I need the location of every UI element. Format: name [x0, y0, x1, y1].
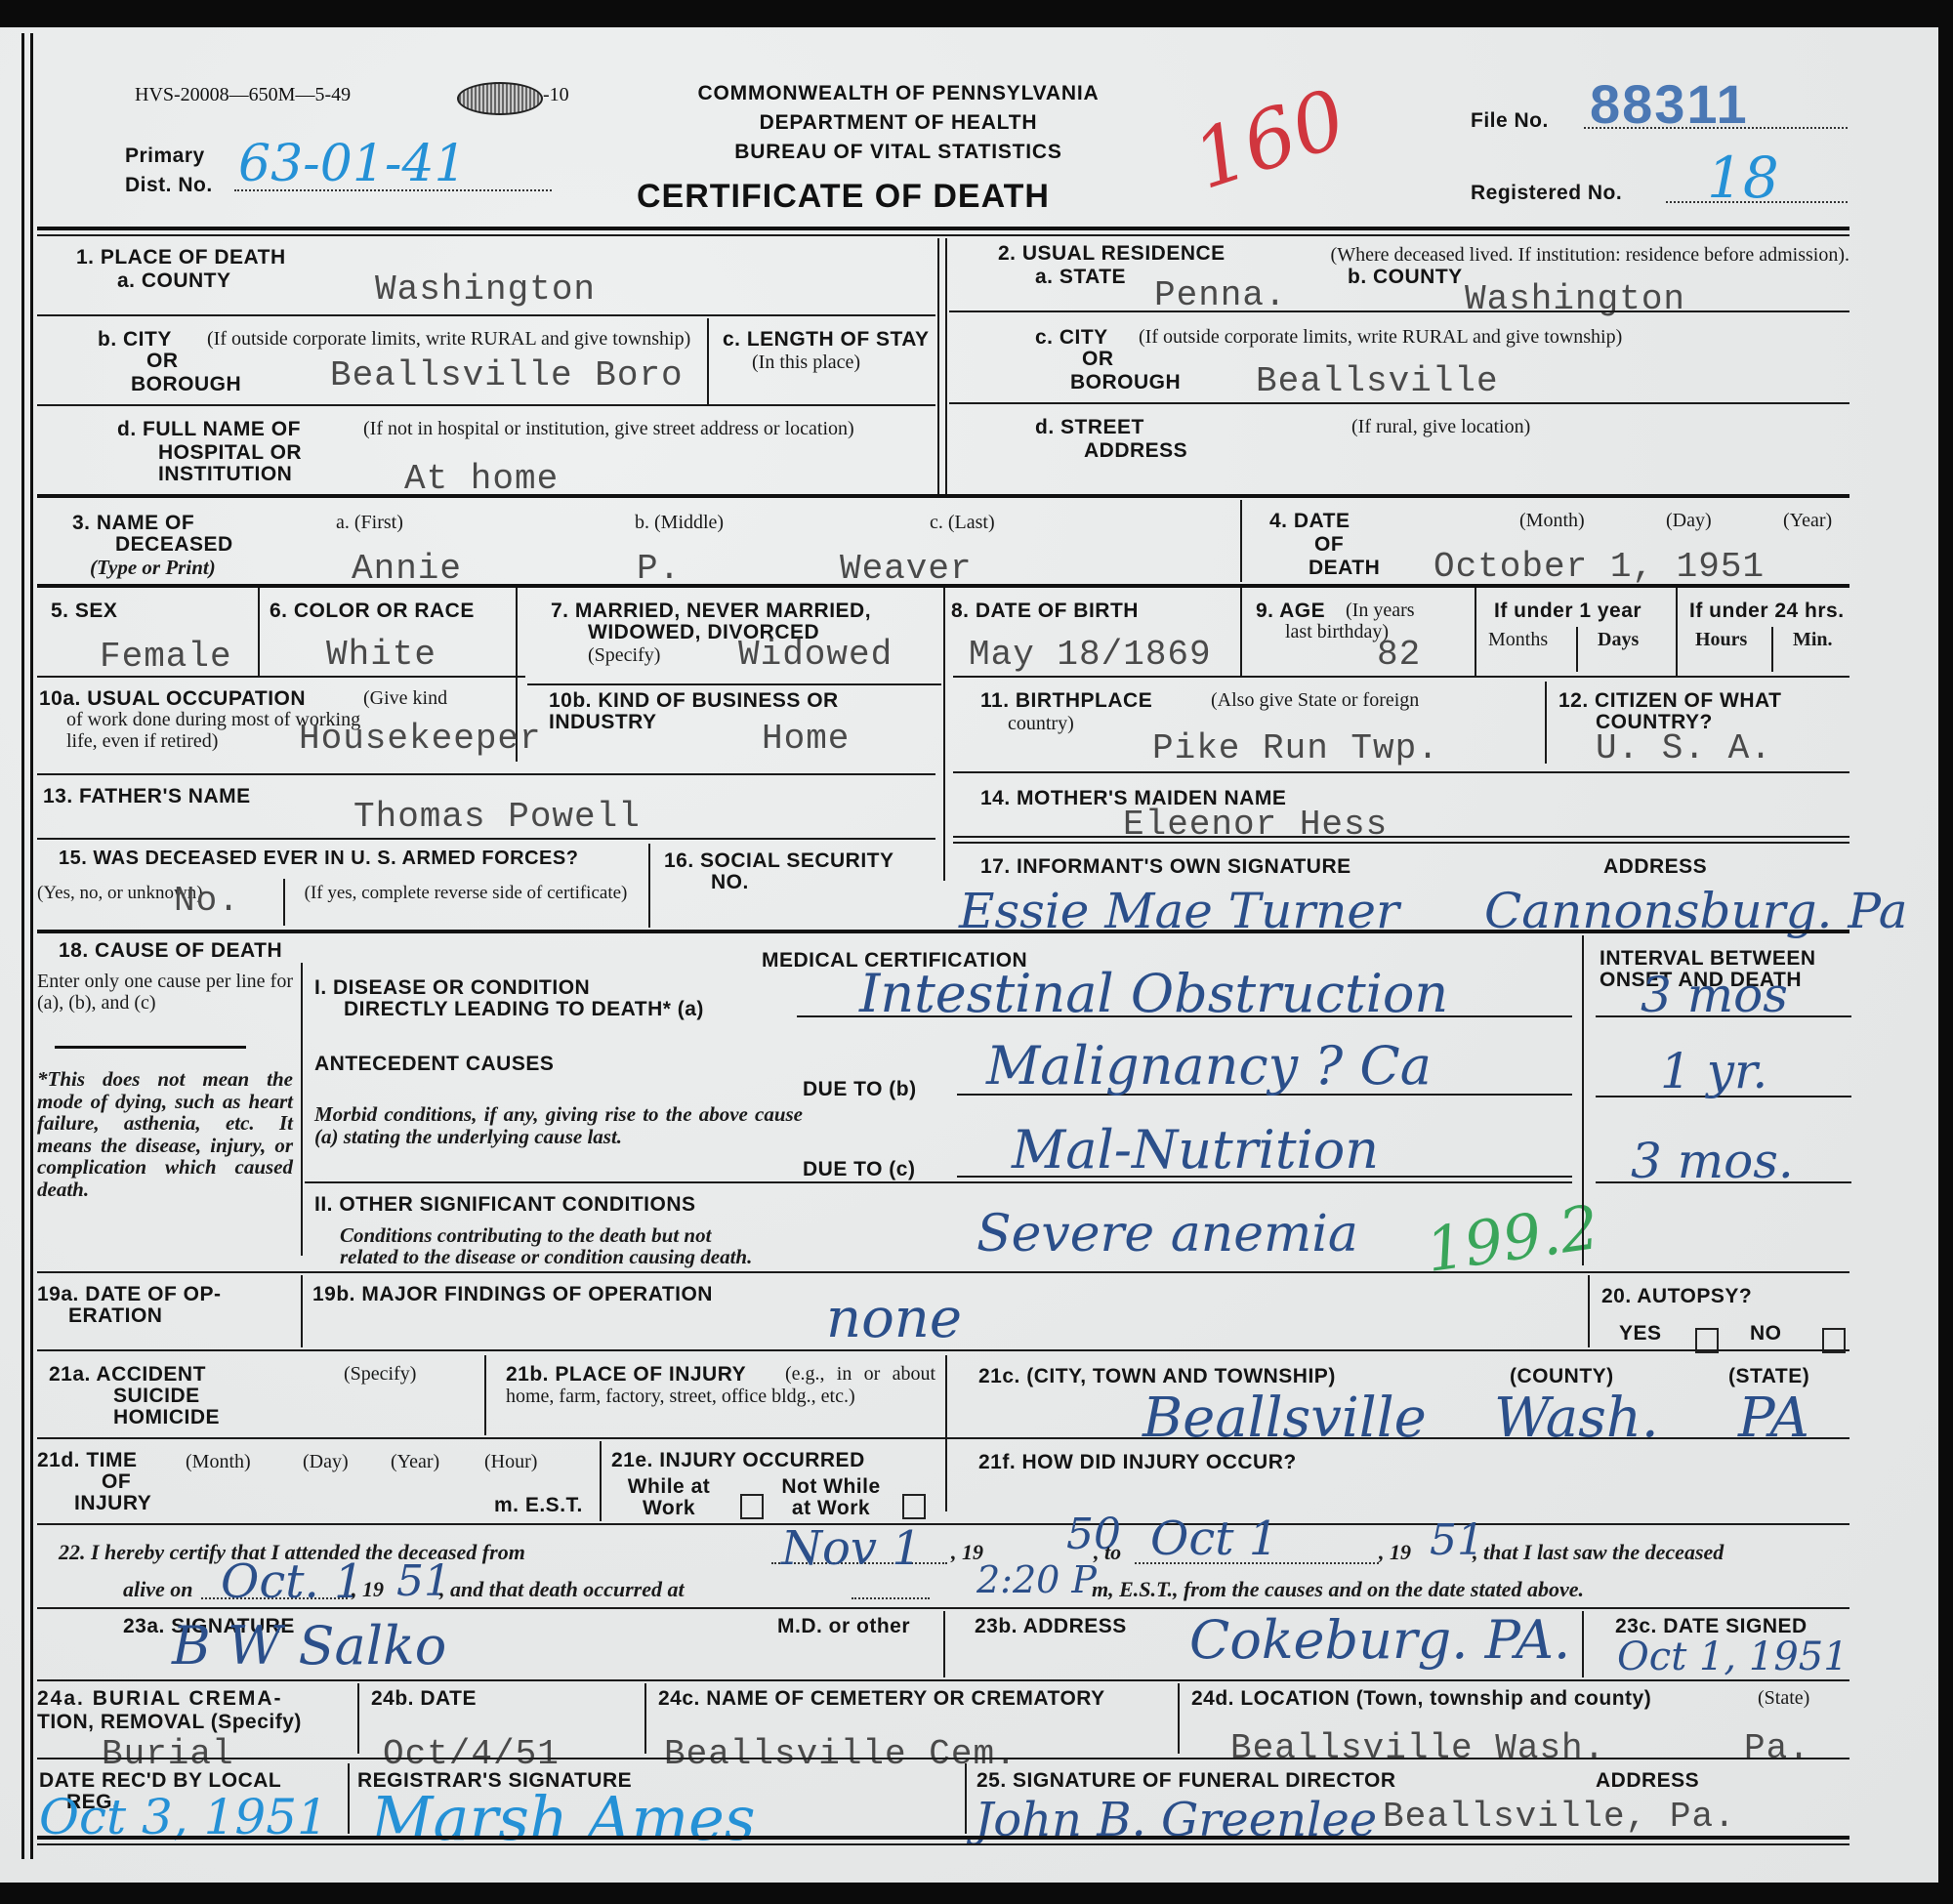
- length-of-stay-label: c. LENGTH OF STAY: [723, 328, 930, 351]
- other-conditions: Severe anemia: [976, 1205, 1358, 1263]
- cause-footnote: *This does not mean the mode of dying, s…: [37, 1068, 293, 1200]
- usual-residence-label: 2. USUAL RESIDENCE: [998, 242, 1226, 265]
- hospital-label-3: INSTITUTION: [158, 463, 292, 485]
- dist-no-label: Dist. No.: [125, 174, 213, 196]
- cert-line2-b: , 19: [352, 1578, 384, 1600]
- last-seen-date: Oct. 1: [221, 1554, 364, 1609]
- autopsy-yes-label: YES: [1619, 1322, 1662, 1345]
- injury-year-label: (Year): [391, 1451, 439, 1472]
- city-borough-label: BOROUGH: [131, 373, 241, 395]
- agency-line-2: DEPARTMENT OF HEALTH: [625, 111, 1172, 135]
- at-work-checkbox[interactable]: [740, 1494, 764, 1519]
- physician-signature: B W Salko: [172, 1615, 446, 1676]
- funeral-address: Beallsville, Pa.: [1383, 1797, 1736, 1837]
- accident-label-3: HOMICIDE: [113, 1406, 220, 1428]
- hospital-label-1: d. FULL NAME OF: [117, 418, 301, 440]
- usual-residence-note: (Where deceased lived. If institution: r…: [1297, 244, 1849, 266]
- occupation-note-3: life, even if retired): [66, 730, 218, 752]
- primary-label: Primary: [125, 145, 205, 167]
- burial-state: Pa.: [1744, 1728, 1810, 1768]
- business-label-1: 10b. KIND OF BUSINESS OR: [549, 689, 839, 712]
- dod-year-label: (Year): [1783, 510, 1832, 531]
- hospital-note: (If not in hospital or institution, give…: [363, 418, 930, 439]
- physician-address: Cokeburg. PA.: [1189, 1609, 1570, 1671]
- registered-no-label: Registered No.: [1471, 182, 1622, 204]
- form-suffix: -10: [543, 84, 569, 106]
- cause-c: Mal-Nutrition: [1012, 1119, 1379, 1180]
- agency-line-3: BUREAU OF VITAL STATISTICS: [625, 141, 1172, 164]
- attended-to-date: Oct 1: [1150, 1511, 1278, 1566]
- antecedent-label: ANTECEDENT CAUSES: [314, 1053, 554, 1075]
- burial-location: Beallsville Wash.: [1230, 1728, 1605, 1768]
- armed-forces: No.: [174, 881, 240, 921]
- primary-dist-no: 63-01-41: [238, 135, 467, 193]
- attended-from-date: Nov 1: [781, 1521, 922, 1576]
- left-border-inner: [30, 33, 33, 1859]
- cert-line2-c: , and that death occurred at: [439, 1578, 685, 1600]
- residence-state: Penna.: [1154, 275, 1287, 315]
- sex: Female: [100, 637, 232, 677]
- business-label-2: INDUSTRY: [549, 711, 657, 733]
- first-name: Annie: [352, 549, 462, 589]
- place-of-death-label: 1. PLACE OF DEATH: [76, 246, 286, 269]
- union-label-seal-icon: [457, 82, 543, 115]
- citizen-label-1: 12. CITIZEN OF WHAT: [1558, 689, 1781, 712]
- age: 82: [1377, 635, 1421, 675]
- birthplace-note-1: (Also give State or foreign: [1211, 689, 1419, 711]
- accident-label-1: 21a. ACCIDENT: [49, 1363, 206, 1386]
- funeral-address-label: ADDRESS: [1596, 1769, 1699, 1792]
- page-title: CERTIFICATE OF DEATH: [637, 178, 1050, 216]
- injury-county-label: (COUNTY): [1510, 1365, 1614, 1387]
- accident-label-2: SUICIDE: [113, 1385, 200, 1407]
- birthplace-label: 11. BIRTHPLACE: [980, 689, 1152, 712]
- autopsy-no-label: NO: [1750, 1322, 1782, 1345]
- at-work-label: While at Work: [615, 1476, 723, 1519]
- autopsy-label: 20. AUTOPSY?: [1601, 1285, 1752, 1307]
- city-or-label: OR: [146, 350, 179, 372]
- business: Home: [762, 719, 850, 759]
- middle-name: P.: [637, 549, 681, 589]
- cert-line1-c: , to: [1094, 1541, 1121, 1563]
- injury-time-label-1: 21d. TIME: [37, 1449, 138, 1471]
- city-label: b. CITY: [98, 328, 172, 351]
- time-of-death: 2:20 P: [976, 1558, 1097, 1601]
- residence-city-or: OR: [1082, 348, 1114, 370]
- name-label-1: 3. NAME OF: [72, 512, 194, 534]
- residence-county-label: b. COUNTY: [1348, 266, 1463, 288]
- cert-line1-e: , that I last saw the deceased: [1473, 1541, 1724, 1563]
- hospital-name: At home: [404, 459, 559, 499]
- race-label: 6. COLOR OR RACE: [270, 600, 475, 622]
- father-name: Thomas Powell: [353, 797, 641, 837]
- birthplace: Pike Run Twp.: [1152, 728, 1439, 768]
- date-of-death: October 1, 1951: [1434, 547, 1765, 587]
- occupation: Housekeeper: [299, 719, 542, 759]
- file-no-label: File No.: [1471, 109, 1549, 132]
- street-label-1: d. STREET: [1035, 416, 1144, 438]
- race: White: [326, 635, 436, 675]
- date-of-birth: May 18/1869: [969, 635, 1212, 675]
- length-of-stay-note: (In this place): [752, 352, 928, 373]
- death-city: Beallsville Boro: [330, 355, 684, 395]
- dod-label-2: OF: [1314, 533, 1344, 556]
- form-number: HVS-20008—650M—5-49: [135, 84, 351, 106]
- injury-month-label: (Month): [186, 1451, 251, 1472]
- armed-forces-label: 15. WAS DECEASED EVER IN U. S. ARMED FOR…: [59, 848, 578, 870]
- under-24-hrs-label: If under 24 hrs.: [1689, 600, 1845, 622]
- residence-city-note: (If outside corporate limits, write RURA…: [1139, 326, 1851, 348]
- residence-city: Beallsville: [1256, 361, 1499, 401]
- dod-day-label: (Day): [1666, 510, 1712, 531]
- injury-state-label: (STATE): [1728, 1365, 1809, 1387]
- injury-hour-label: (Hour): [484, 1451, 537, 1472]
- operation-findings: none: [826, 1287, 962, 1350]
- funeral-director-label: 25. SIGNATURE OF FUNERAL DIRECTOR: [976, 1769, 1396, 1792]
- burial-date: Oct/4/51: [383, 1734, 560, 1774]
- operation-date-label-1: 19a. DATE OF OP-: [37, 1283, 221, 1305]
- burial-location-label: 24d. LOCATION (Town, township and county…: [1191, 1687, 1651, 1710]
- due-to-c-label: DUE TO (c): [803, 1158, 915, 1180]
- mother-name: Eleenor Hess: [1123, 805, 1388, 845]
- days-label: Days: [1598, 629, 1639, 650]
- physician-address-label: 23b. ADDRESS: [975, 1615, 1127, 1637]
- burial-state-label: (State): [1758, 1687, 1809, 1709]
- date-signed: Oct 1, 1951: [1617, 1635, 1849, 1679]
- md-or-other-label: M.D. or other: [777, 1615, 910, 1637]
- informant-label: 17. INFORMANT'S OWN SIGNATURE: [980, 855, 1351, 878]
- not-at-work-checkbox[interactable]: [902, 1494, 926, 1519]
- part2-note-1: Conditions contributing to the death but…: [340, 1224, 711, 1247]
- residence-city-borough: BOROUGH: [1070, 371, 1181, 393]
- injury-occurred-label: 21e. INJURY OCCURRED: [611, 1449, 865, 1471]
- armed-forces-note-2: (If yes, complete reverse side of certif…: [295, 883, 637, 904]
- marital-label-3: (Specify): [588, 644, 660, 666]
- residence-county: Washington: [1465, 279, 1685, 319]
- injury-how-label: 21f. HOW DID INJURY OCCUR?: [978, 1451, 1297, 1473]
- name-label-3: (Type or Print): [90, 557, 216, 579]
- middle-name-label: b. (Middle): [635, 512, 724, 533]
- first-name-label: a. (First): [336, 512, 403, 533]
- part2-label: II. OTHER SIGNIFICANT CONDITIONS: [314, 1193, 696, 1216]
- months-label: Months: [1488, 629, 1548, 650]
- cert-line2-a: alive on: [123, 1578, 193, 1600]
- registered-no: 18: [1707, 145, 1779, 211]
- cause-of-death-label: 18. CAUSE OF DEATH: [59, 939, 282, 962]
- cause-a: Intestinal Obstruction: [859, 963, 1448, 1024]
- antecedent-note: Morbid conditions, if any, giving rise t…: [314, 1103, 803, 1148]
- interval-a: 3 mos: [1641, 967, 1788, 1023]
- street-note: (If rural, give location): [1351, 416, 1530, 437]
- residence-city-label: c. CITY: [1035, 326, 1108, 349]
- dod-label-1: 4. DATE: [1269, 510, 1350, 532]
- city-note: (If outside corporate limits, write RURA…: [207, 328, 700, 350]
- not-at-work-label: Not While at Work: [771, 1476, 891, 1519]
- dob-label: 8. DATE OF BIRTH: [951, 600, 1139, 622]
- last-name: Weaver: [840, 549, 973, 589]
- citizenship: U. S. A.: [1596, 728, 1772, 768]
- marital-status: Widowed: [738, 635, 893, 675]
- interval-c: 3 mos.: [1631, 1133, 1794, 1189]
- injury-county: Wash.: [1494, 1387, 1659, 1450]
- burial-method-label-2: TION, REMOVAL (Specify): [37, 1711, 302, 1733]
- last-name-label: c. (Last): [930, 512, 995, 533]
- hospital-label-2: HOSPITAL OR: [158, 441, 302, 464]
- left-border-outer: [21, 33, 24, 1859]
- county-label: a. COUNTY: [117, 269, 231, 292]
- under-1-year-label: If under 1 year: [1494, 600, 1641, 622]
- ssn-label-2: NO.: [711, 871, 749, 893]
- informant-address-label: ADDRESS: [1603, 855, 1707, 878]
- name-label-2: DECEASED: [115, 533, 233, 556]
- part1-label-2: DIRECTLY LEADING TO DEATH* (a): [344, 998, 704, 1020]
- birthplace-note-2: country): [1008, 713, 1074, 734]
- part1-label-1: I. DISEASE OR CONDITION: [314, 976, 590, 999]
- interval-b: 1 yr.: [1660, 1043, 1767, 1099]
- father-label: 13. FATHER'S NAME: [43, 785, 251, 807]
- injury-location-label: 21c. (CITY, TOWN AND TOWNSHIP): [978, 1365, 1336, 1387]
- file-no: 88311: [1590, 72, 1749, 136]
- burial-method-label-1: 24a. BURIAL CREMA-: [37, 1687, 282, 1710]
- injury-state: PA: [1738, 1387, 1809, 1450]
- cause-b: Malignancy ? Ca: [986, 1035, 1432, 1097]
- injury-place-note: (e.g., in or about home, farm, factory, …: [506, 1363, 935, 1408]
- injury-time-label-2: OF: [102, 1470, 131, 1493]
- street-label-2: ADDRESS: [1084, 439, 1187, 462]
- cause-instruction: Enter only one cause per line for (a), (…: [37, 971, 293, 1014]
- occupation-label: 10a. USUAL OCCUPATION: [39, 687, 306, 710]
- state-label: a. STATE: [1035, 266, 1126, 288]
- age-note-2: last birthday): [1285, 621, 1389, 642]
- death-county: Washington: [375, 269, 596, 310]
- burial-method: Burial: [102, 1734, 234, 1774]
- injury-est-label: m. E.S.T.: [494, 1494, 583, 1516]
- dod-month-label: (Month): [1519, 510, 1585, 531]
- operation-date-label-2: ERATION: [68, 1304, 162, 1327]
- part2-note-2: related to the disease or condition caus…: [340, 1246, 752, 1268]
- agency-line-1: COMMONWEALTH OF PENNSYLVANIA: [625, 82, 1172, 105]
- operation-findings-label: 19b. MAJOR FINDINGS OF OPERATION: [312, 1283, 713, 1305]
- min-label: Min.: [1793, 629, 1833, 650]
- cemetery-label: 24c. NAME OF CEMETERY OR CREMATORY: [658, 1687, 1105, 1710]
- marital-label-1: 7. MARRIED, NEVER MARRIED,: [551, 600, 871, 622]
- sex-label: 5. SEX: [51, 600, 117, 622]
- cert-line1-d: , 19: [1379, 1541, 1411, 1563]
- hours-label: Hours: [1695, 629, 1747, 650]
- burial-date-label: 24b. DATE: [371, 1687, 477, 1710]
- ssn-label-1: 16. SOCIAL SECURITY: [664, 849, 894, 872]
- due-to-b-label: DUE TO (b): [803, 1078, 917, 1100]
- injury-time-label-3: INJURY: [74, 1492, 151, 1514]
- injury-day-label: (Day): [303, 1451, 349, 1472]
- accident-specify-label: (Specify): [344, 1363, 416, 1385]
- occupation-note-1: (Give kind: [363, 687, 447, 709]
- age-note-1: (In years: [1346, 600, 1415, 621]
- cert-line2-d: m, E.S.T., from the causes and on the da…: [1092, 1578, 1584, 1600]
- age-label: 9. AGE: [1256, 600, 1325, 622]
- injury-city: Beallsville: [1143, 1387, 1427, 1450]
- dod-label-3: DEATH: [1309, 557, 1380, 579]
